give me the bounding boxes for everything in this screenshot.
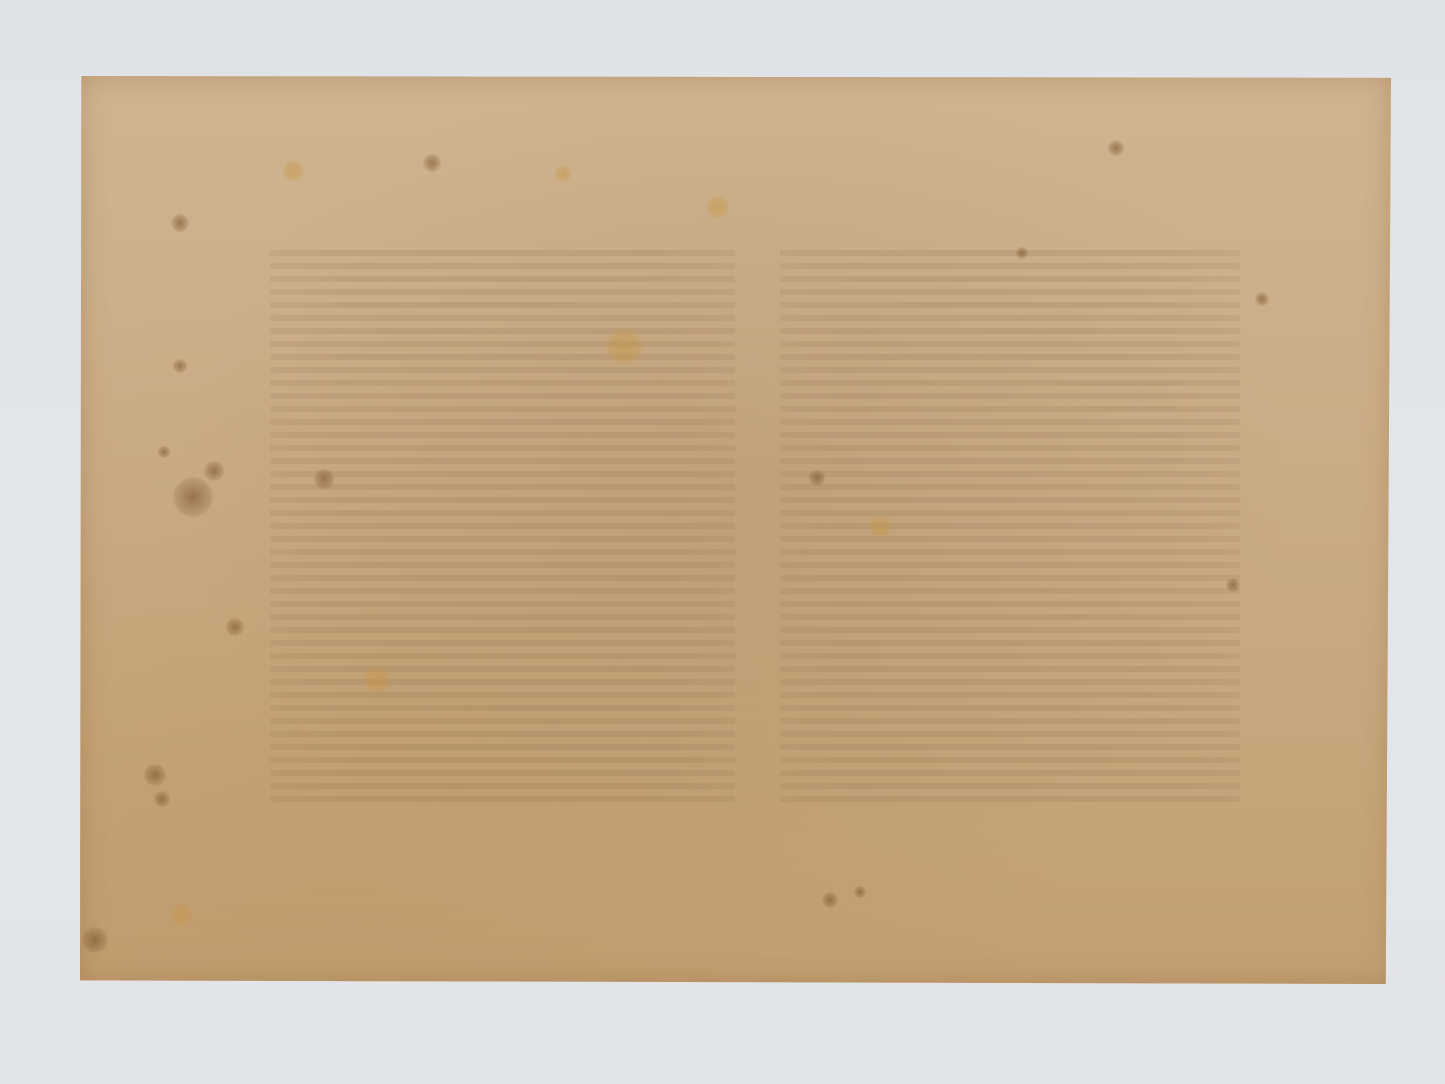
foxing-spot xyxy=(822,892,838,908)
foxing-spot xyxy=(158,446,170,458)
left-bleed-through-column xyxy=(270,204,735,804)
foxing-spot xyxy=(1255,292,1269,306)
foxing-spot xyxy=(809,470,825,486)
foxing-spot xyxy=(170,904,192,926)
aged-paper-sheet xyxy=(80,76,1391,984)
foxing-spot xyxy=(869,516,891,538)
foxing-spot xyxy=(1016,247,1028,259)
left-column-subheading xyxy=(270,224,735,246)
foxing-spot xyxy=(173,477,213,517)
foxing-spot xyxy=(314,469,334,489)
foxing-spot xyxy=(204,461,224,481)
foxing-spot xyxy=(226,618,244,636)
foxing-spot xyxy=(854,886,866,898)
foxing-spot xyxy=(144,764,166,786)
foxing-spot xyxy=(82,927,108,953)
foxing-spot xyxy=(1226,578,1240,592)
foxing-spot xyxy=(707,196,729,218)
right-bleed-through-column xyxy=(780,204,1240,804)
right-column-ghost-text xyxy=(780,250,1240,804)
right-column-heading xyxy=(780,204,1240,224)
foxing-spot xyxy=(555,166,571,182)
right-column-subheading xyxy=(780,224,1240,246)
foxing-spot xyxy=(364,667,390,693)
left-column-ghost-text xyxy=(270,250,735,804)
foxing-spot xyxy=(1108,140,1124,156)
foxing-spot xyxy=(423,154,441,172)
foxing-spot xyxy=(154,791,170,807)
foxing-spot xyxy=(606,329,642,365)
foxing-spot xyxy=(173,359,187,373)
left-column-heading xyxy=(270,204,735,224)
foxing-spot xyxy=(171,214,189,232)
foxing-spot xyxy=(283,161,303,181)
